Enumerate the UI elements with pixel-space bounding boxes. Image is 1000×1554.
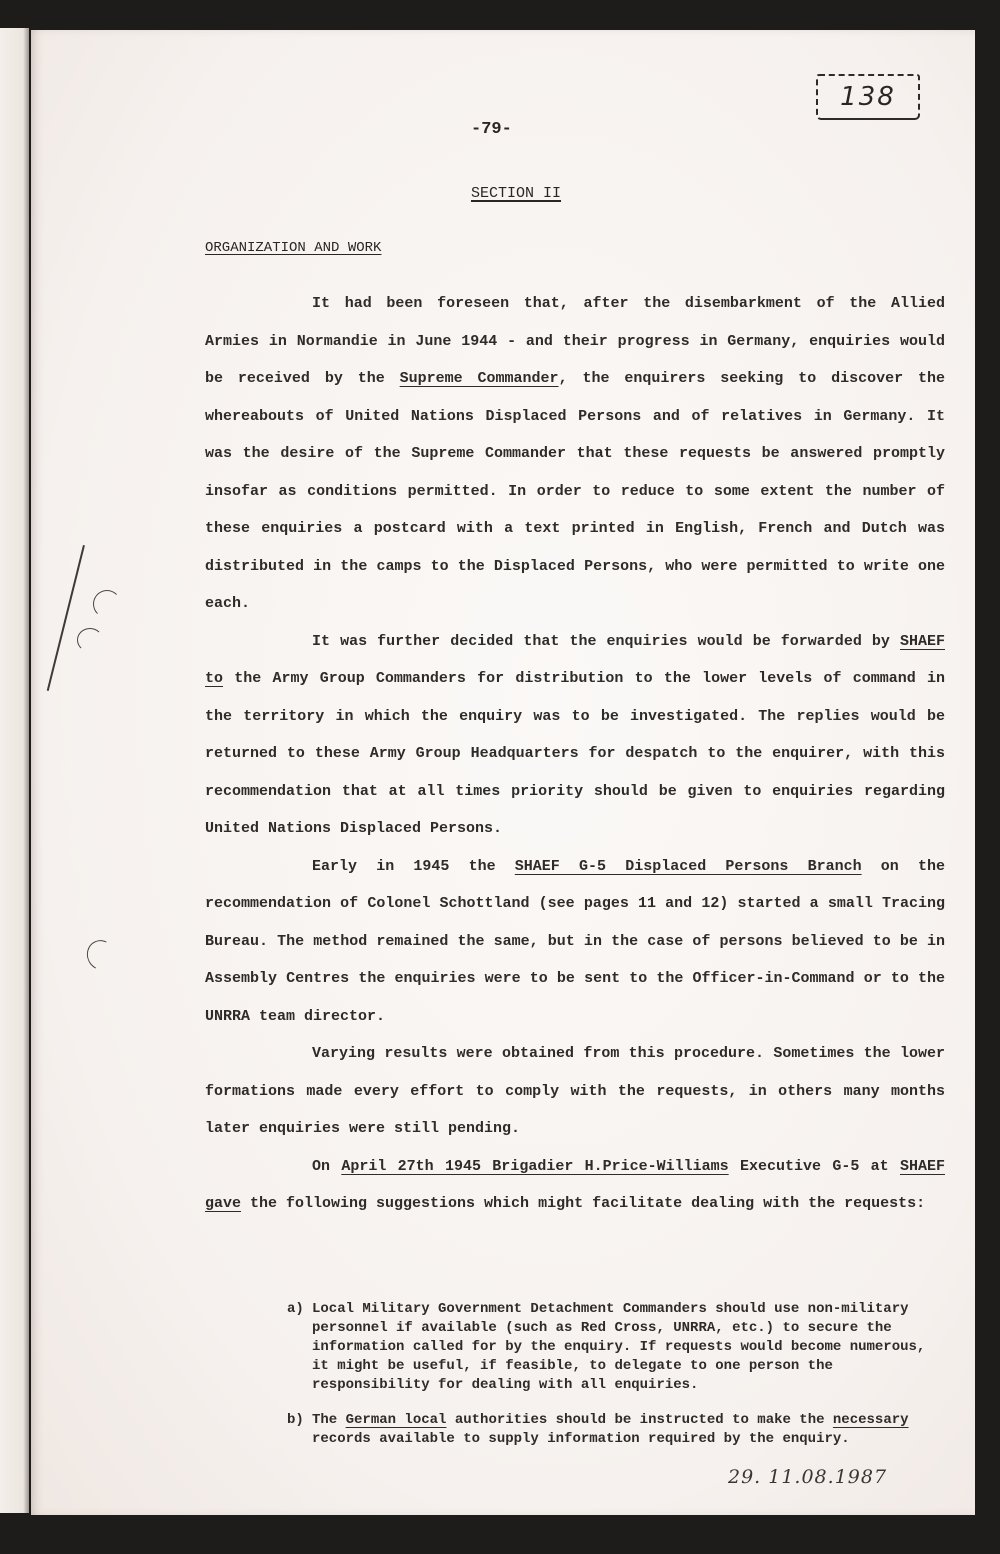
text-segment: records available to supply information … xyxy=(312,1431,850,1447)
list-text: Local Military Government Detachment Com… xyxy=(312,1300,947,1395)
text-segment: the following suggestions which might fa… xyxy=(241,1195,925,1212)
text-segment: It was further decided that the enquirie… xyxy=(312,633,900,650)
paragraph: It was further decided that the enquirie… xyxy=(205,623,945,848)
suggestions-list: a) Local Military Government Detachment … xyxy=(287,1300,947,1465)
previous-page-edge xyxy=(0,28,29,1513)
paragraph: Early in 1945 the SHAEF G-5 Displaced Pe… xyxy=(205,848,945,1036)
paragraph: It had been foreseen that, after the dis… xyxy=(205,285,945,623)
text-segment: Local Military Government Detachment Com… xyxy=(312,1301,925,1393)
section-heading: ORGANIZATION AND WORK xyxy=(205,240,381,256)
document-page: -79- 138 SECTION II ORGANIZATION AND WOR… xyxy=(31,30,975,1515)
list-text: The German local authorities should be i… xyxy=(312,1411,947,1449)
list-marker: b) xyxy=(287,1411,312,1449)
margin-pencil-mark xyxy=(93,590,121,618)
section-title: SECTION II xyxy=(471,185,561,202)
text-segment: on the recommendation of Colonel Schottl… xyxy=(205,858,945,1025)
list-marker: a) xyxy=(287,1300,312,1395)
underlined-text: April 27th 1945 Brigadier H.Price-Willia… xyxy=(341,1158,728,1175)
page-number: -79- xyxy=(471,120,512,139)
paragraph: On April 27th 1945 Brigadier H.Price-Wil… xyxy=(205,1148,945,1223)
text-segment: authorities should be instructed to make… xyxy=(446,1412,832,1428)
text-segment: , the enquirers seeking to discover the … xyxy=(205,370,945,612)
body-text: It had been foreseen that, after the dis… xyxy=(205,285,945,1223)
text-segment: Early in 1945 the xyxy=(312,858,515,875)
text-segment: Varying results were obtained from this … xyxy=(205,1045,945,1137)
underlined-text: SHAEF G-5 Displaced Persons Branch xyxy=(515,858,862,875)
margin-pencil-mark xyxy=(83,936,120,974)
archive-stamp-number: 138 xyxy=(840,82,896,112)
handwritten-date: 29. 11.08.1987 xyxy=(728,1466,887,1488)
text-segment: On xyxy=(312,1158,341,1175)
text-segment: the Army Group Commanders for distributi… xyxy=(205,670,945,837)
underlined-text: necessary xyxy=(833,1412,909,1428)
underlined-text: Supreme Commander xyxy=(400,370,559,387)
text-segment: Executive G-5 at xyxy=(729,1158,900,1175)
list-item-a: a) Local Military Government Detachment … xyxy=(287,1300,947,1395)
paragraph: Varying results were obtained from this … xyxy=(205,1035,945,1148)
list-item-b: b) The German local authorities should b… xyxy=(287,1411,947,1449)
archive-stamp: 138 xyxy=(816,74,920,120)
text-segment: The xyxy=(312,1412,346,1428)
margin-pencil-line xyxy=(47,545,85,691)
underlined-text: German local xyxy=(346,1412,447,1428)
margin-pencil-mark xyxy=(77,628,103,652)
